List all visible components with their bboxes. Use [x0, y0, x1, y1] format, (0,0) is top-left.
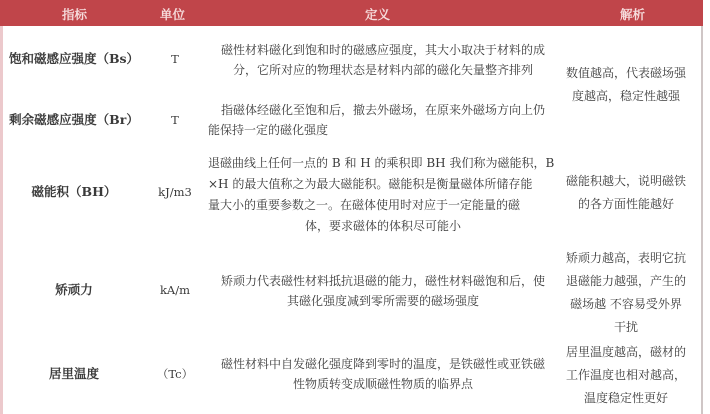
- analysis-curie: 居里温度越高，磁材的 工作温度也相对越高， 温度稳定性更好: [566, 341, 686, 410]
- indicator-unit: T: [150, 49, 200, 69]
- indicator-name: 饱和磁感应强度（Bs）: [4, 49, 144, 69]
- analysis-coercivity: 矫顽力越高，表明它抗 退磁能力越强，产生的 磁场越 不容易受外界 干扰: [566, 247, 686, 339]
- header-indicator: 指标: [62, 5, 87, 23]
- indicator-name: 居里温度: [4, 364, 144, 384]
- analysis-bs-br: 数值越高，代表磁场强 度越高，稳定性越强: [566, 62, 686, 108]
- indicator-definition: 指磁体经磁化至饱和后，撤去外磁场，在原来外磁场方向上仍 能保持一定的磁化强度: [208, 100, 558, 140]
- header-unit: 单位: [160, 5, 185, 23]
- indicator-unit: kA/m: [150, 280, 200, 300]
- analysis-bh: 磁能积越大，说明磁铁 的各方面性能越好: [566, 170, 686, 216]
- header-definition: 定义: [365, 5, 390, 23]
- indicator-unit: T: [150, 110, 200, 130]
- table-header: 指标 单位 定义 解析: [0, 0, 703, 26]
- indicator-name: 矫顽力: [4, 280, 144, 300]
- header-analysis: 解析: [620, 5, 645, 23]
- indicator-name: 剩余磁感应强度（Br）: [4, 110, 144, 130]
- indicator-definition: 磁性材料中自发磁化强度降到零时的温度，是铁磁性或亚铁磁 性物质转变成顺磁性物质的…: [208, 354, 558, 394]
- indicator-definition: 磁性材料磁化到饱和时的磁感应强度，其大小取决于材料的成 分，它所对应的物理状态是…: [208, 40, 558, 80]
- indicator-definition: 退磁曲线上任何一点的 B 和 H 的乘积即 BH 我们称为磁能积，B ×H 的最…: [208, 153, 558, 237]
- indicator-definition: 矫顽力代表磁性材料抵抗退磁的能力，磁性材料磁饱和后，使 其磁化强度减到零所需要的…: [208, 271, 558, 311]
- indicator-unit: kJ/m3: [150, 182, 200, 202]
- indicator-unit: （Tc）: [150, 364, 200, 384]
- indicator-name: 磁能积（BH）: [4, 182, 144, 202]
